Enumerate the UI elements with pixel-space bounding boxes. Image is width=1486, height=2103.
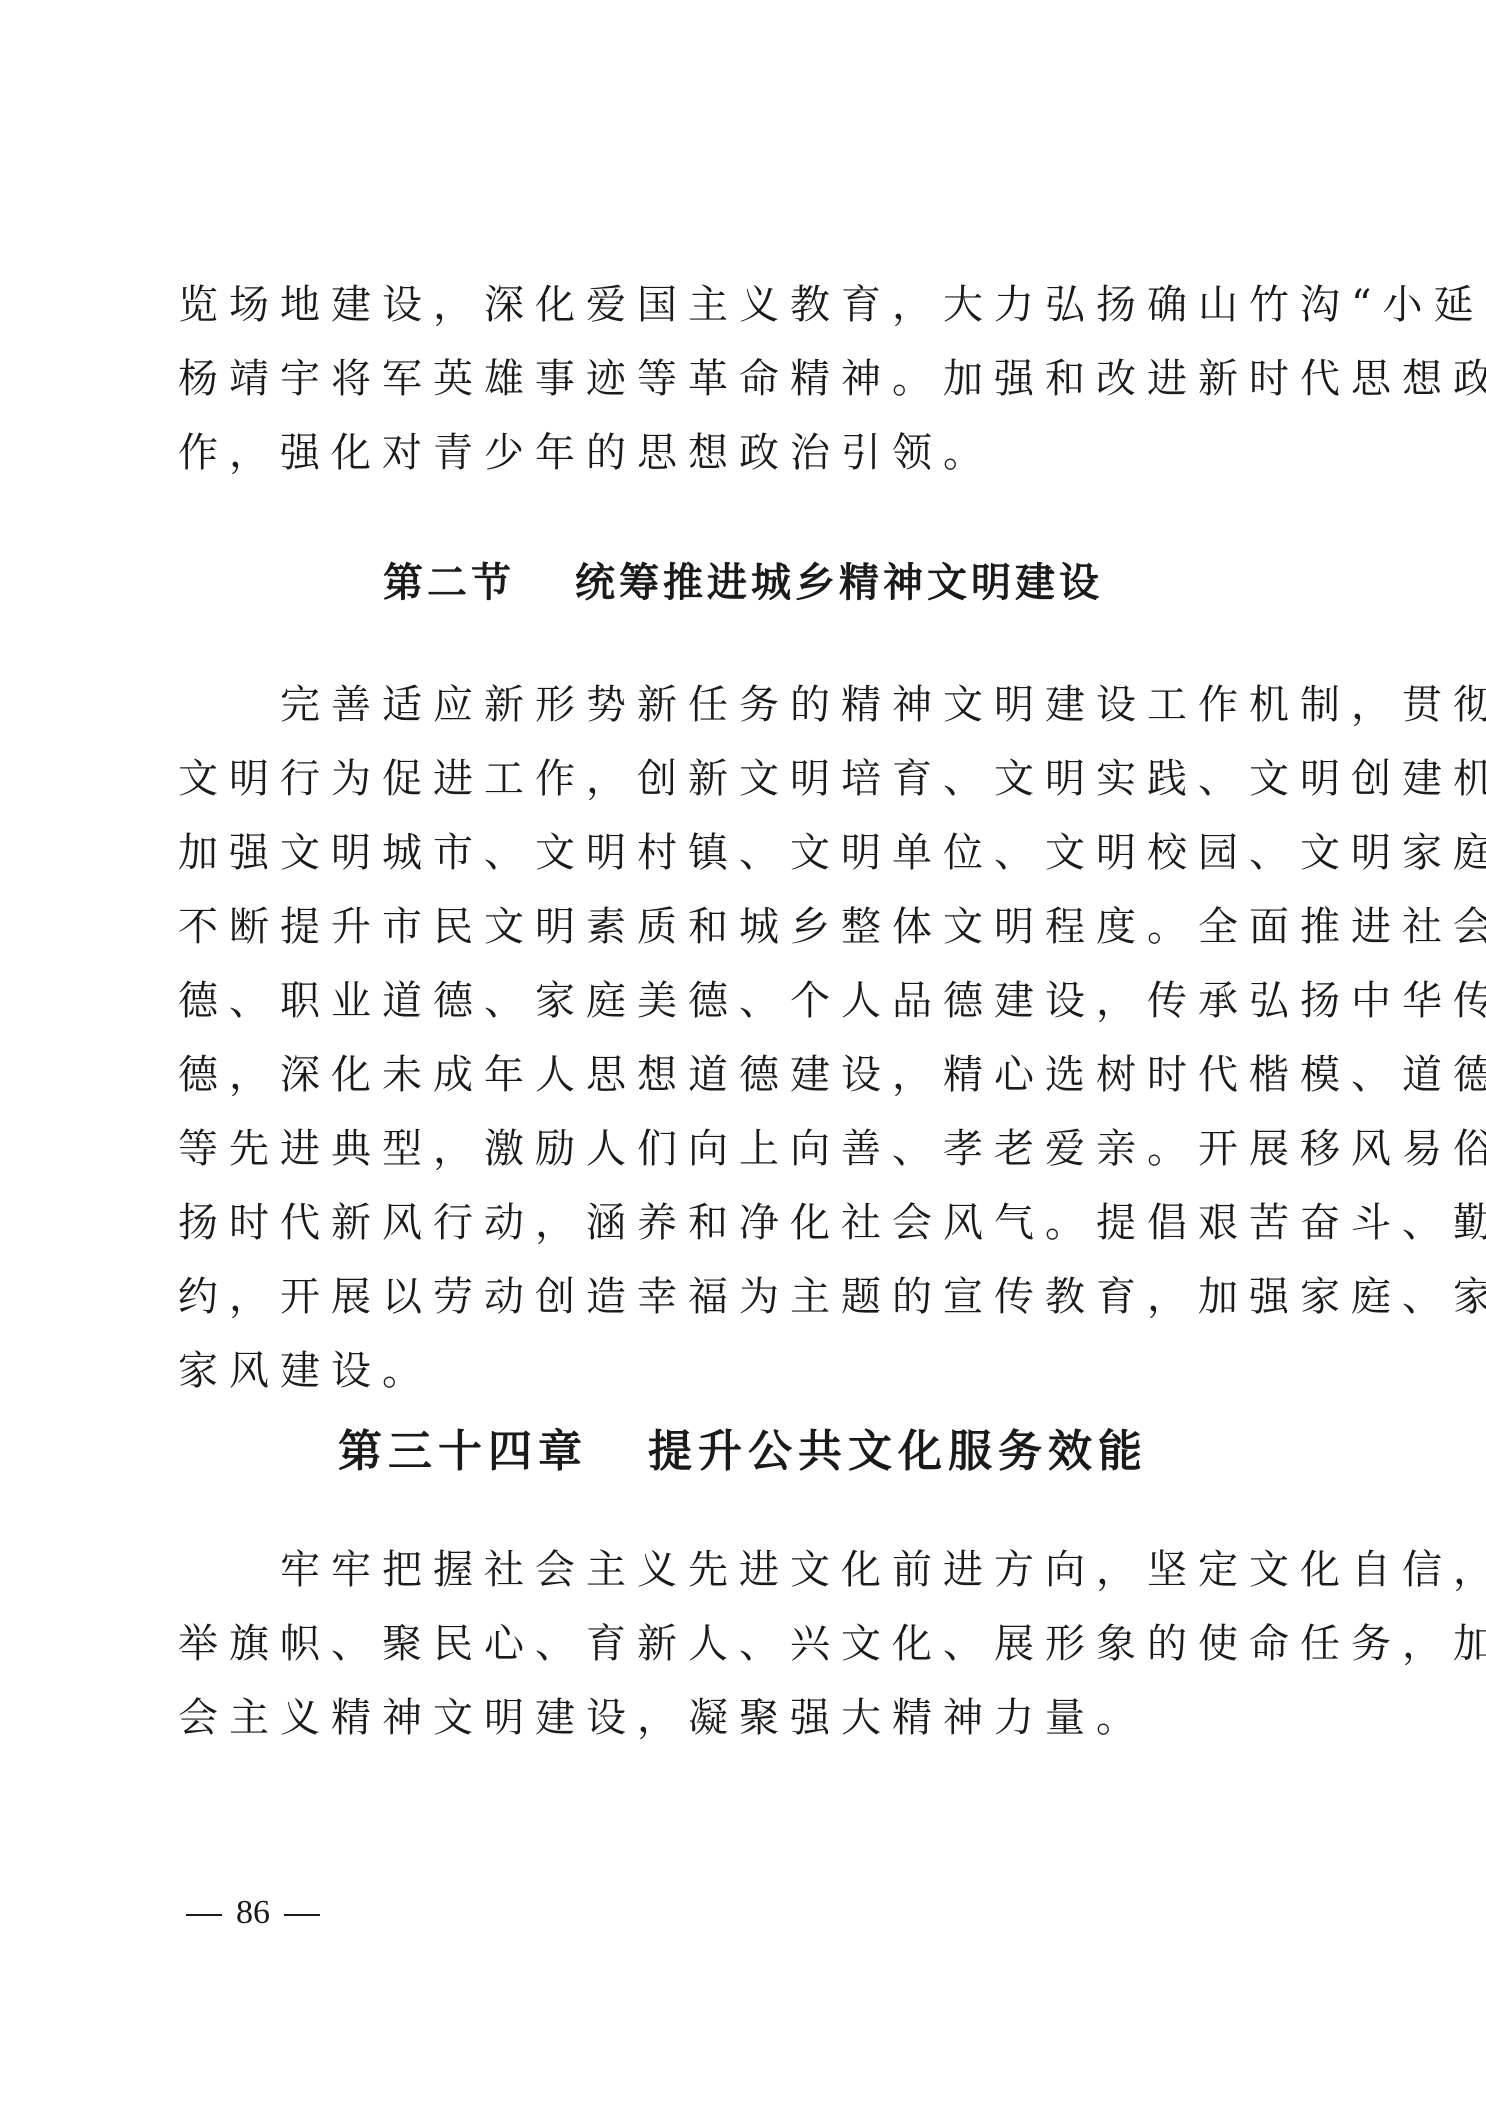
- text-line: 家风建设。: [178, 1346, 1312, 1396]
- text-line: 文明行为促进工作，创新文明培育、文明实践、文明创建机制，: [178, 754, 1312, 804]
- text-line: 杨靖宇将军英雄事迹等革命精神。加强和改进新时代思想政治工: [178, 354, 1312, 404]
- text-line: 作，强化对青少年的思想政治引领。: [178, 428, 1312, 478]
- text-line: 约，开展以劳动创造幸福为主题的宣传教育，加强家庭、家教、: [178, 1272, 1312, 1322]
- text-line: 完善适应新形势新任务的精神文明建设工作机制，贯彻落实: [280, 680, 1312, 730]
- text-line: 加强文明城市、文明村镇、文明单位、文明校园、文明家庭建设，: [178, 828, 1312, 878]
- text-line: 览场地建设，深化爱国主义教育，大力弘扬确山竹沟“小延安”、: [178, 280, 1312, 330]
- page-number-footer: 86: [172, 1893, 334, 1933]
- chapter-title: 提升公共文化服务效能: [648, 1426, 1148, 1477]
- section-number: 第二节: [383, 560, 515, 606]
- page-number: 86: [236, 1894, 270, 1931]
- text-line: 德，深化未成年人思想道德建设，精心选树时代楷模、道德模范: [178, 1050, 1312, 1100]
- section-title: 统筹推进城乡精神文明建设: [575, 560, 1103, 606]
- dash-right: [284, 1914, 320, 1916]
- chapter-heading: 第三十四章提升公共文化服务效能: [0, 1424, 1486, 1480]
- text-line: 等先进典型，激励人们向上向善、孝老爱亲。开展移风易俗、弘: [178, 1124, 1312, 1174]
- dash-left: [186, 1914, 222, 1916]
- text-line: 会主义精神文明建设，凝聚强大精神力量。: [178, 1693, 1312, 1743]
- document-page: 览场地建设，深化爱国主义教育，大力弘扬确山竹沟“小延安”、 杨靖宇将军英雄事迹等…: [0, 0, 1486, 2103]
- section-heading: 第二节统筹推进城乡精神文明建设: [0, 558, 1486, 608]
- text-line: 德、职业道德、家庭美德、个人品德建设，传承弘扬中华传统美: [178, 976, 1312, 1026]
- text-line: 扬时代新风行动，涵养和净化社会风气。提倡艰苦奋斗、勤俭节: [178, 1198, 1312, 1248]
- text-line: 不断提升市民文明素质和城乡整体文明程度。全面推进社会公: [178, 902, 1312, 952]
- text-line: 举旗帜、聚民心、育新人、兴文化、展形象的使命任务，加强社: [178, 1619, 1312, 1669]
- chapter-number: 第三十四章: [338, 1426, 588, 1477]
- text-line: 牢牢把握社会主义先进文化前进方向，坚定文化自信，围绕: [280, 1545, 1312, 1595]
